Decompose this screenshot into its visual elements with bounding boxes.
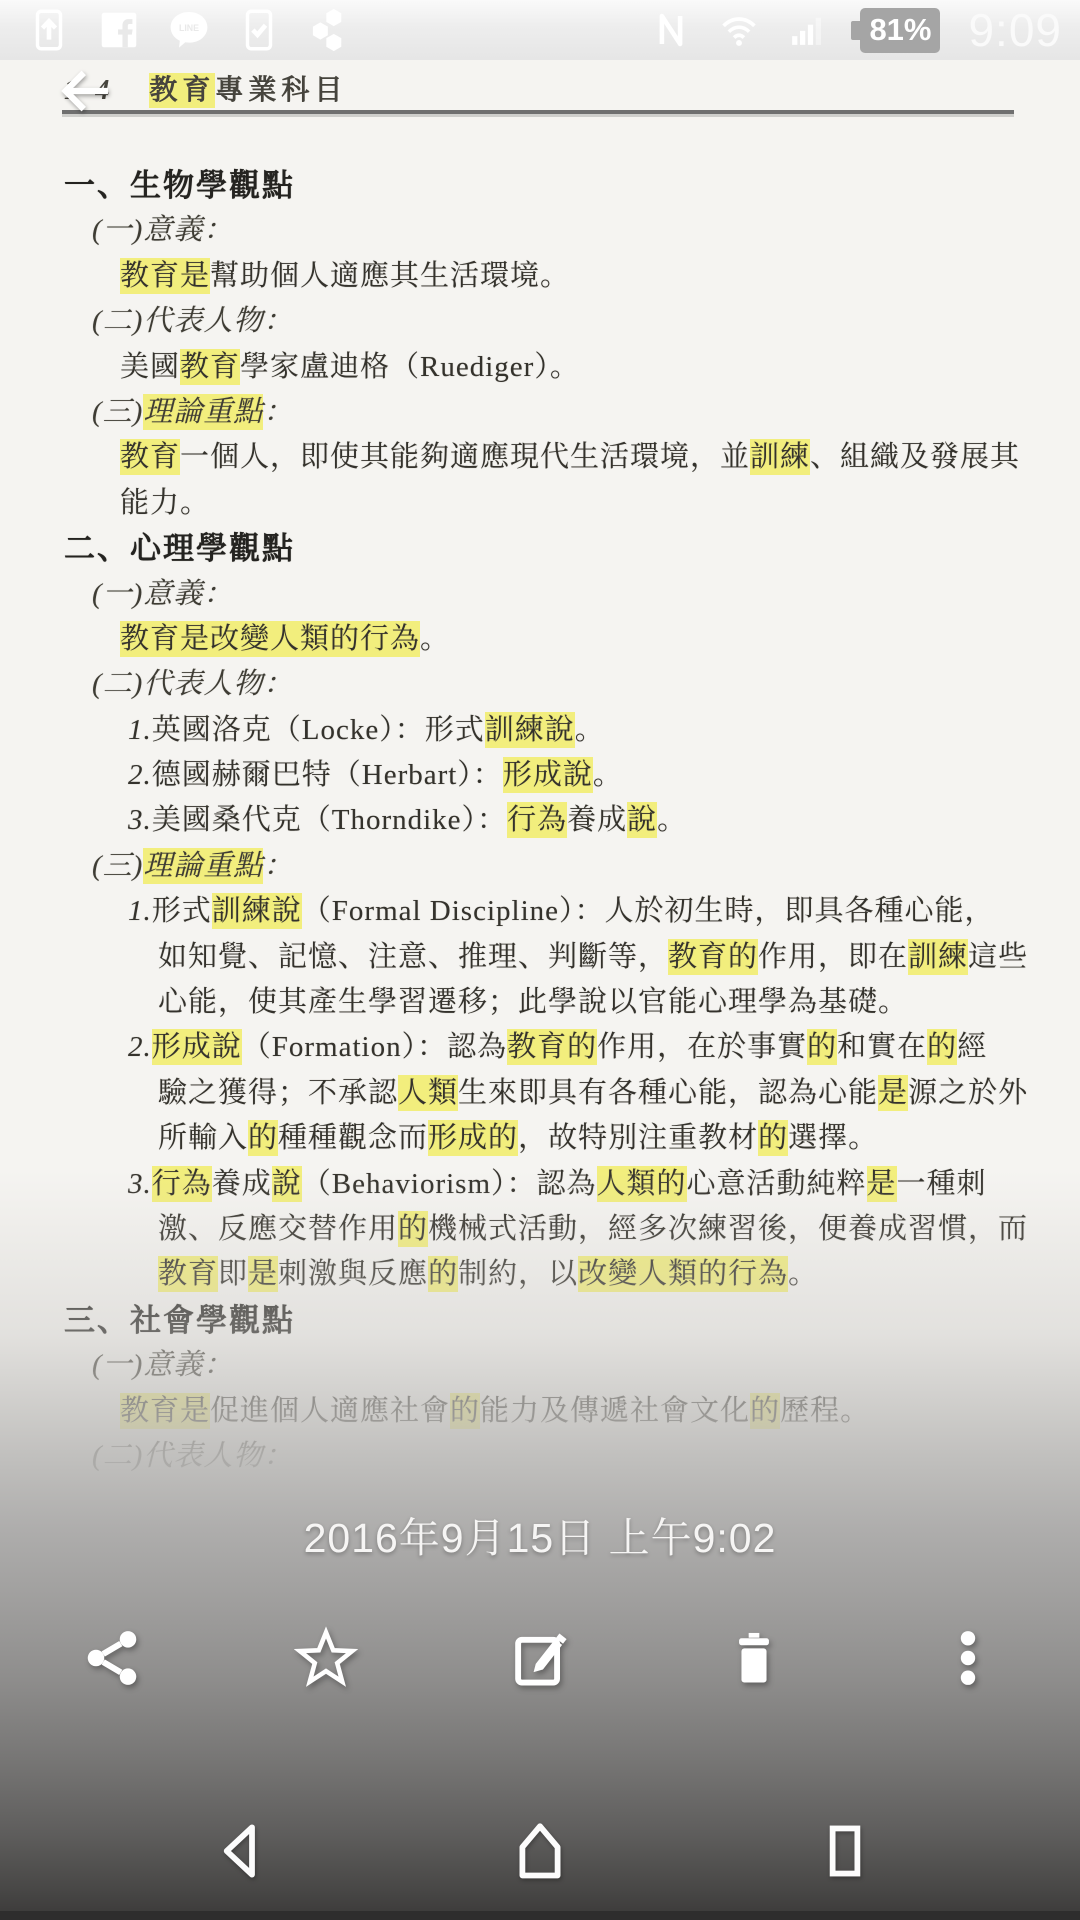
doc-text: ： <box>263 396 293 428</box>
doc-text: （Formal Discipline）：人於初生時，即具各種心能， <box>302 895 995 927</box>
highlighted-text: 訓練說 <box>212 895 302 927</box>
status-clock: 9:09 <box>966 3 1068 57</box>
doc-line: 1.英國洛克（Locke）：形式訓練說。 <box>128 708 1080 753</box>
status-bar: LINE 81% 9:09 <box>0 0 1080 60</box>
doc-line: (二)代表人物： <box>92 662 1080 707</box>
android-nav-bar <box>0 1780 1080 1920</box>
header-rule <box>62 110 1014 114</box>
highlighted-text: 理論重點 <box>143 396 263 428</box>
highlighted-text: 說 <box>627 804 657 836</box>
highlighted-text: 形成說 <box>503 759 593 791</box>
highlighted-text: 教育 <box>120 441 180 473</box>
doc-text: 形式 <box>152 895 212 927</box>
doc-line: (三)理論重點： <box>92 844 1080 889</box>
highlighted-text: 行為 <box>507 804 567 836</box>
delete-icon[interactable] <box>722 1626 786 1690</box>
highlighted-text: 教育 <box>149 75 215 106</box>
doc-text: 作用，在於事實 <box>597 1031 807 1063</box>
doc-line: 一、生物學觀點 <box>64 163 1080 208</box>
phone-screen: LINE 81% 9:09 1-4 教育專業科目 一、生物學觀點(一)意義：教育… <box>0 0 1080 1920</box>
doc-line: 2.形成說（Formation）：認為教育的作用，在於事實的和實在的經 <box>128 1025 1080 1070</box>
highlighted-text: 教育是 <box>120 260 210 292</box>
battery-percent: 81% <box>869 12 931 48</box>
doc-line: 1.形式訓練說（Formal Discipline）：人於初生時，即具各種心能， <box>128 889 1080 934</box>
notification-icons: LINE <box>12 7 352 53</box>
doc-text: 德國赫爾巴特（Herbart）： <box>152 759 503 791</box>
doc-text: 1. <box>128 895 152 927</box>
doc-text: 二、心理學觀點 <box>64 531 295 566</box>
doc-line: 2.德國赫爾巴特（Herbart）：形成說。 <box>128 753 1080 798</box>
share-icon[interactable] <box>80 1626 144 1690</box>
doc-text: 英國洛克（Locke）：形式 <box>152 714 485 746</box>
doc-line: (一)意義： <box>92 572 1080 617</box>
phone-check-icon <box>236 7 282 53</box>
doc-line: 如知覺、記憶、注意、推理、判斷等，教育的作用，即在訓練這些 <box>158 935 1080 980</box>
doc-text: 幫助個人適應其生活環境。 <box>210 260 570 292</box>
doc-text: 生來即具有各種心能，認為心能 <box>458 1077 878 1109</box>
doc-text: 美國桑代克（Thorndike）： <box>152 804 507 836</box>
highlighted-text: 訓練 <box>908 941 968 973</box>
doc-text: 種種觀念而 <box>278 1122 428 1154</box>
doc-text: 養成 <box>567 804 627 836</box>
edit-icon[interactable] <box>508 1626 572 1690</box>
nav-home-icon[interactable] <box>507 1818 573 1884</box>
doc-text: 美國 <box>120 351 180 383</box>
highlighted-text: 的 <box>758 1122 788 1154</box>
doc-text: 心能，使其產生學習遷移；此學說以官能心理學為基礎。 <box>158 986 908 1018</box>
doc-text: 、組織及發展其 <box>810 441 1020 473</box>
highlighted-text: 形成說 <box>152 1031 242 1063</box>
doc-line: (一)意義： <box>92 208 1080 253</box>
highlighted-text: 教育 <box>180 351 240 383</box>
doc-text: 如知覺、記憶、注意、推理、判斷等， <box>158 941 668 973</box>
nav-back-icon[interactable] <box>208 1818 274 1884</box>
photo-date-label: 2016年9月15日 上午9:02 <box>0 1505 1080 1564</box>
doc-line: 心能，使其產生學習遷移；此學說以官能心理學為基礎。 <box>158 980 1080 1025</box>
doc-text: (一)意義： <box>92 578 233 610</box>
highlighted-text: 教育是改變人類的行為 <box>120 623 420 655</box>
system-status-icons: 81% 9:09 <box>650 3 1068 57</box>
doc-text: 一個人，即使其能夠適應現代生活環境，並 <box>180 441 750 473</box>
page-title: 教育專業科目 <box>149 75 347 106</box>
highlighted-text: 形成的 <box>428 1122 518 1154</box>
highlighted-text: 的 <box>927 1031 957 1063</box>
doc-text: 驗之獲得；不承認 <box>158 1077 398 1109</box>
hexagons-icon <box>306 7 352 53</box>
phone-upload-icon <box>26 7 72 53</box>
doc-line: 教育一個人，即使其能夠適應現代生活環境，並訓練、組織及發展其 <box>120 435 1080 480</box>
doc-line: 3.美國桑代克（Thorndike）：行為養成說。 <box>128 798 1080 843</box>
doc-text: ，故特別注重教材 <box>518 1122 758 1154</box>
doc-text: (一)意義： <box>92 214 233 246</box>
doc-text: (二)代表人物： <box>92 668 293 700</box>
doc-text: 作用，即在 <box>758 941 908 973</box>
doc-text: 一、生物學觀點 <box>64 168 295 203</box>
doc-text: 1. <box>128 714 152 746</box>
highlighted-text: 的 <box>248 1122 278 1154</box>
doc-text: 。 <box>420 623 450 655</box>
action-toolbar <box>0 1626 1080 1696</box>
doc-text: 2. <box>128 1031 152 1063</box>
doc-line: (二)代表人物： <box>92 299 1080 344</box>
doc-line: 教育是幫助個人適應其生活環境。 <box>120 254 1080 299</box>
doc-text: 3. <box>128 804 152 836</box>
doc-text: 2. <box>128 759 152 791</box>
doc-line: 所輸入的種種觀念而形成的，故特別注重教材的選擇。 <box>158 1116 1080 1161</box>
doc-text: 。 <box>575 714 605 746</box>
battery-indicator: 81% <box>860 8 940 53</box>
highlighted-text: 訓練說 <box>485 714 575 746</box>
doc-line: 教育是改變人類的行為。 <box>120 617 1080 662</box>
highlighted-text: 教育的 <box>668 941 758 973</box>
highlighted-text: 人類 <box>398 1077 458 1109</box>
wifi-icon <box>718 9 760 51</box>
doc-line: 驗之獲得；不承認人類生來即具有各種心能，認為心能是源之於外 <box>158 1071 1080 1116</box>
star-icon[interactable] <box>294 1626 358 1690</box>
nfc-icon <box>650 9 692 51</box>
doc-line: 美國教育學家盧迪格（Ruediger）。 <box>120 345 1080 390</box>
doc-line: 能力。 <box>120 481 1080 526</box>
doc-text: (三) <box>92 850 143 882</box>
highlighted-text: 訓練 <box>750 441 810 473</box>
more-vert-icon[interactable] <box>936 1626 1000 1690</box>
doc-text: 。 <box>657 804 687 836</box>
doc-text: 和實在 <box>837 1031 927 1063</box>
back-arrow-icon[interactable] <box>56 62 114 120</box>
highlighted-text: 是 <box>878 1077 908 1109</box>
doc-text: ： <box>263 850 293 882</box>
doc-text: 選擇。 <box>788 1122 878 1154</box>
highlighted-text: 的 <box>807 1031 837 1063</box>
line-app-icon: LINE <box>166 7 212 53</box>
signal-icon <box>786 9 828 51</box>
doc-text: (三) <box>92 396 143 428</box>
facebook-icon <box>96 7 142 53</box>
doc-text: 這些 <box>968 941 1028 973</box>
doc-line: (三)理論重點： <box>92 390 1080 435</box>
highlighted-text: 理論重點 <box>143 850 263 882</box>
doc-text: 所輸入 <box>158 1122 248 1154</box>
doc-line: 二、心理學觀點 <box>64 526 1080 571</box>
doc-text: 源之於外 <box>908 1077 1028 1109</box>
doc-text: (二)代表人物： <box>92 305 293 337</box>
doc-text: （Formation）：認為 <box>242 1031 507 1063</box>
highlighted-text: 教育的 <box>507 1031 597 1063</box>
svg-text:LINE: LINE <box>179 23 199 33</box>
doc-text: 。 <box>593 759 623 791</box>
nav-recents-icon[interactable] <box>812 1818 878 1884</box>
doc-text: 能力。 <box>120 487 210 519</box>
doc-text: 學家盧迪格（Ruediger）。 <box>240 351 580 383</box>
doc-text: 經 <box>957 1031 987 1063</box>
